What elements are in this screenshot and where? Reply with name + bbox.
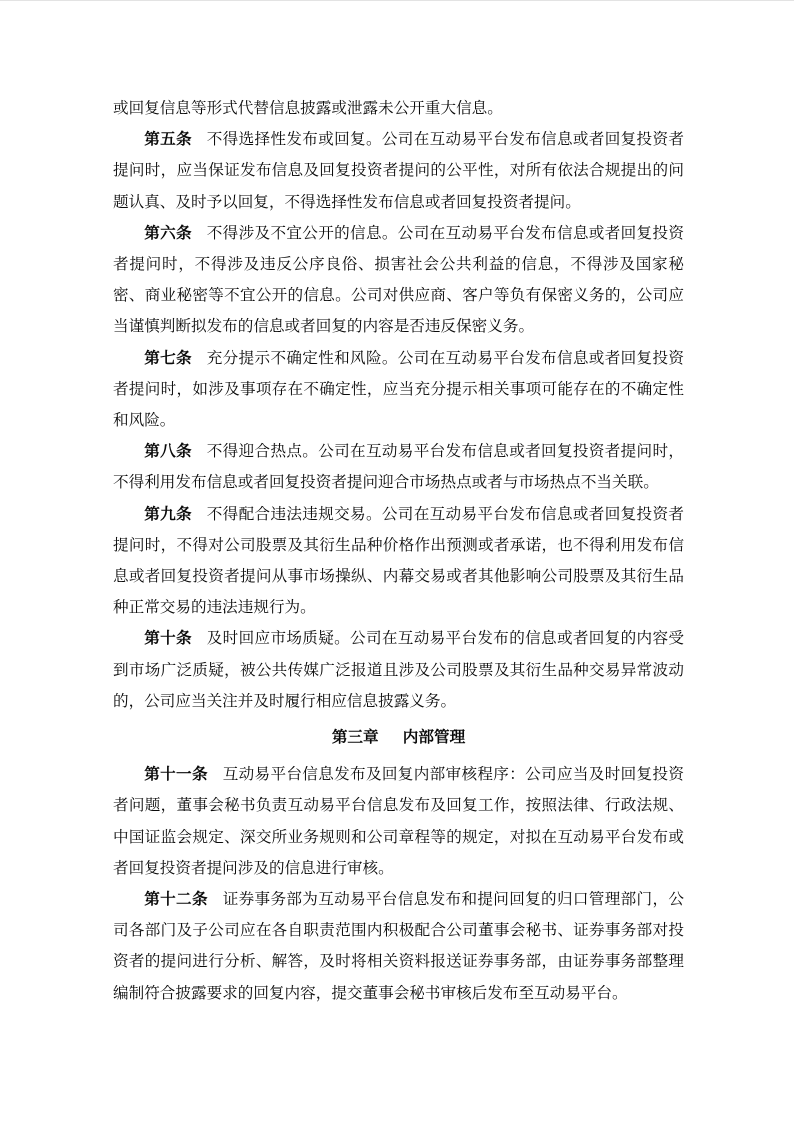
article-6-paragraph: 第六条不得涉及不宜公开的信息。公司在互动易平台发布信息或者回复投资者提问时，不得… [113, 218, 684, 343]
article-5-paragraph: 第五条不得选择性发布或回复。公司在互动易平台发布信息或者回复投资者提问时，应当保… [113, 124, 684, 218]
chapter-number: 第三章 [332, 729, 379, 746]
article-10-paragraph: 第十条及时回应市场质疑。公司在互动易平台发布的信息或者回复的内容受到市场广泛质疑… [113, 623, 684, 717]
article-5-text: 不得选择性发布或回复。公司在互动易平台发布信息或者回复投资者提问时，应当保证发布… [113, 131, 684, 210]
article-7-text: 充分提示不确定性和风险。公司在互动易平台发布信息或者回复投资者提问时，如涉及事项… [113, 350, 684, 429]
article-9-paragraph: 第九条不得配合违法违规交易。公司在互动易平台发布信息或者回复投资者提问时，不得对… [113, 499, 684, 624]
article-9-text: 不得配合违法违规交易。公司在互动易平台发布信息或者回复投资者提问时，不得对公司股… [113, 506, 684, 617]
article-7-paragraph: 第七条充分提示不确定性和风险。公司在互动易平台发布信息或者回复投资者提问时，如涉… [113, 343, 684, 437]
continuation-text: 或回复信息等形式代替信息披露或泄露未公开重大信息。 [113, 100, 503, 117]
article-5-number: 第五条 [144, 131, 192, 148]
article-10-text: 及时回应市场质疑。公司在互动易平台发布的信息或者回复的内容受到市场广泛质疑，被公… [113, 630, 684, 709]
article-8-number: 第八条 [144, 443, 192, 460]
article-7-number: 第七条 [144, 350, 192, 367]
chapter-title: 内部管理 [403, 729, 465, 746]
article-11-paragraph: 第十一条互动易平台信息发布及回复内部审核程序：公司应当及时回复投资者问题，董事会… [113, 759, 684, 884]
article-12-paragraph: 第十二条证券事务部为互动易平台信息发布和提问回复的归口管理部门，公司各部门及子公… [113, 884, 684, 1009]
paragraph-continuation: 或回复信息等形式代替信息披露或泄露未公开重大信息。 [113, 93, 684, 124]
article-9-number: 第九条 [144, 506, 192, 523]
chapter-3-heading: 第三章内部管理 [113, 722, 684, 753]
article-8-paragraph: 第八条不得迎合热点。公司在互动易平台发布信息或者回复投资者提问时，不得利用发布信… [113, 436, 684, 498]
document-page: 或回复信息等形式代替信息披露或泄露未公开重大信息。 第五条不得选择性发布或回复。… [0, 0, 794, 1122]
article-8-text: 不得迎合热点。公司在互动易平台发布信息或者回复投资者提问时，不得利用发布信息或者… [113, 443, 684, 491]
article-10-number: 第十条 [144, 630, 192, 647]
article-6-number: 第六条 [144, 225, 192, 242]
article-6-text: 不得涉及不宜公开的信息。公司在互动易平台发布信息或者回复投资者提问时，不得涉及违… [113, 225, 684, 336]
article-12-number: 第十二条 [144, 891, 208, 908]
article-11-number: 第十一条 [144, 766, 208, 783]
